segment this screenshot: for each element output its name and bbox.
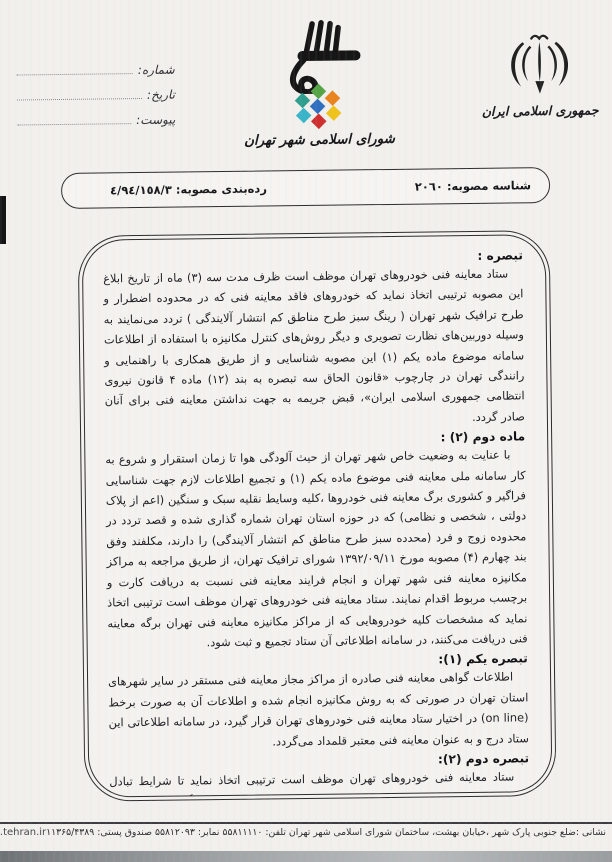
council-logo-diamonds-icon — [292, 85, 347, 130]
diamond-orange — [325, 90, 341, 106]
attachment-field-line — [17, 123, 131, 125]
section-paragraph: ستاد معاینه فنی خودروهای تهران موظف است … — [103, 263, 525, 431]
national-emblem: جمهوری اسلامی ایران — [472, 32, 607, 119]
footer-address: نشانی :ضلع جنوبی پارک شهر ،خیابان بهشت، … — [46, 827, 606, 838]
diamond-teal — [295, 93, 311, 109]
number-field-label: شماره: — [138, 63, 175, 77]
resolution-id-bar: شناسه مصوبه: ٢٠٦٠ رده‌بندی مصوبه: ٤/٩٤/١… — [61, 167, 550, 209]
council-logo: شورای اسلامی شهر تهران — [234, 17, 404, 149]
scanned-resolution-page: شماره: تاریخ: پیوست: — [0, 0, 612, 862]
emblem-caption: جمهوری اسلامی ایران — [473, 102, 607, 119]
resolution-id: شناسه مصوبه: ٢٠٦٠ — [415, 178, 531, 193]
field-attachment: پیوست: — [17, 102, 175, 129]
diamond-yellow — [326, 105, 342, 121]
number-field-line — [17, 73, 133, 75]
classification-label: رده‌بندی مصوبه: — [176, 181, 267, 196]
date-field-label: تاریخ: — [147, 88, 175, 102]
resolution-body: تبصره : ستاد معاینه فنی خودروهای تهران م… — [82, 234, 553, 798]
diamond-blue — [310, 99, 326, 115]
footer-website: htt://shora.tehran.ir — [0, 827, 46, 838]
attachment-field-label: پیوست: — [136, 113, 175, 127]
document-sheet: شماره: تاریخ: پیوست: — [0, 0, 612, 862]
scan-artifact-left-edge — [0, 196, 6, 244]
diamond-cyan — [296, 108, 312, 124]
diamond-red — [311, 114, 327, 130]
footer-divider — [0, 822, 612, 824]
section-paragraph: با عنایت به وضعیت خاص شهر تهران از حیث آ… — [105, 445, 527, 654]
resolution-id-label: شناسه مصوبه: — [447, 178, 531, 193]
scan-artifact-bottom-edge — [0, 851, 612, 862]
diamond-green — [311, 84, 327, 100]
letterhead-fields: شماره: تاریخ: پیوست: — [16, 52, 175, 129]
resolution-body-box: تبصره : ستاد معاینه فنی خودروهای تهران م… — [78, 230, 557, 802]
field-number: شماره: — [16, 52, 174, 79]
footer: نشانی :ضلع جنوبی پارک شهر ،خیابان بهشت، … — [4, 827, 606, 838]
iran-emblem-icon — [498, 33, 581, 98]
section-paragraph: ستاد معاینه فنی خودروهای تهران موظف است … — [109, 766, 530, 797]
council-name: شورای اسلامی شهر تهران — [235, 131, 403, 149]
classification-value: ٤/٩٤/١٥٨/٣ — [110, 183, 172, 198]
resolution-id-value: ٢٠٦٠ — [415, 179, 443, 193]
date-field-line — [17, 98, 142, 101]
field-date: تاریخ: — [17, 77, 175, 104]
resolution-classification: رده‌بندی مصوبه: ٤/٩٤/١٥٨/٣ — [110, 181, 267, 197]
section-paragraph: اطلاعات گواهی معاینه فنی صادره از مراکز … — [108, 667, 529, 754]
